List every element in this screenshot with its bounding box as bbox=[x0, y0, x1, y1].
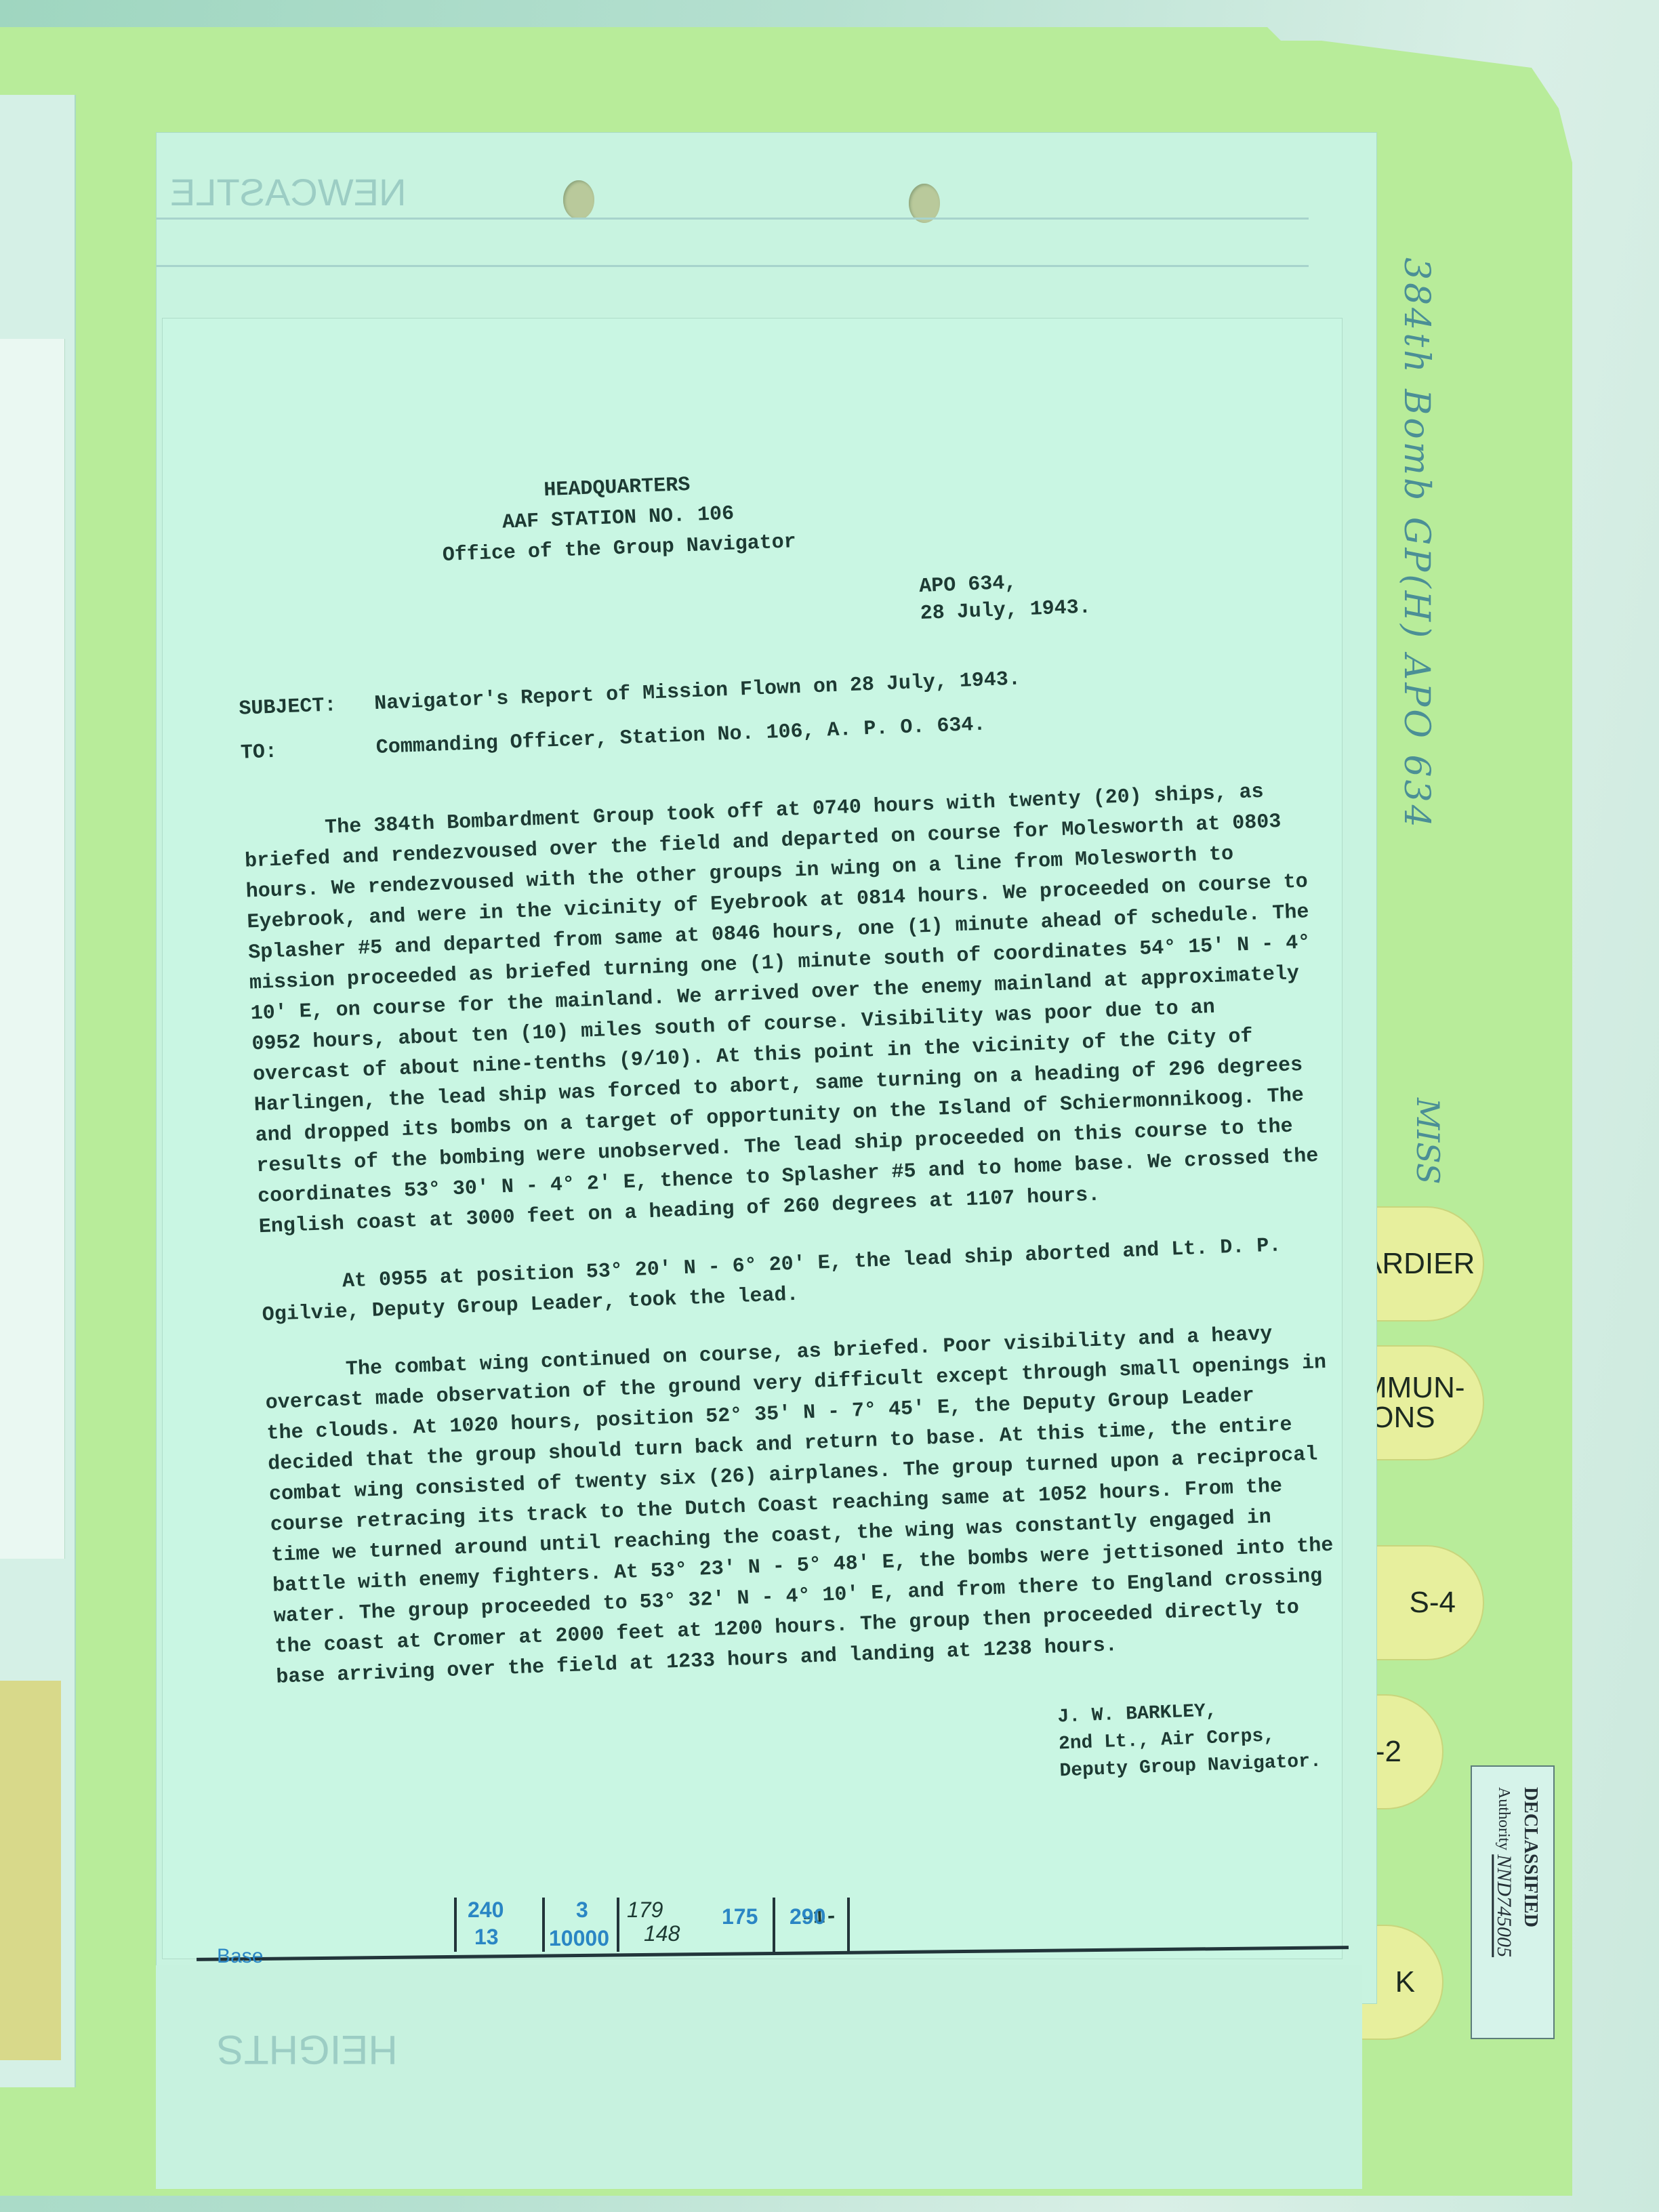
folder-handwritten-label: 384th Bomb GP(H) APO 634 bbox=[1396, 258, 1437, 830]
form-rule bbox=[157, 218, 1309, 220]
base-col4: 175 bbox=[722, 1904, 758, 1929]
to-label: TO: bbox=[240, 733, 377, 769]
left-tan-sheet bbox=[0, 1681, 61, 2060]
navigator-report-letter: HEADQUARTERS AAF STATION NO. 106 Office … bbox=[163, 319, 1342, 1959]
subject-text: Navigator's Report of Mission Flown on 2… bbox=[374, 664, 1021, 720]
report-paragraph-3: The combat wing continued on course, as … bbox=[264, 1317, 1347, 1693]
authority-label: Authority bbox=[1495, 1787, 1513, 1850]
authority-value: NND745005 bbox=[1493, 1854, 1515, 1957]
subject-label: SUBJECT: bbox=[239, 689, 375, 725]
base-col5: 290 bbox=[790, 1904, 825, 1929]
punch-hole bbox=[563, 180, 594, 220]
base-place: Base bbox=[217, 1945, 263, 1968]
flight-log-form-lower: HEIGHTS bbox=[156, 1965, 1362, 2189]
report-paragraph-2: At 0955 at position 53° 20' N - 6° 20' E… bbox=[260, 1229, 1332, 1331]
declassified-title: DECLASSIFIED bbox=[1519, 1787, 1541, 1927]
base-col3-bottom: 148 bbox=[644, 1921, 680, 1946]
form-col-divider bbox=[454, 1898, 457, 1952]
signature-block: J. W. BARKLEY, 2nd Lt., Air Corps, Deput… bbox=[1057, 1693, 1351, 1785]
form-col-divider bbox=[773, 1898, 775, 1952]
form-col-divider bbox=[847, 1898, 850, 1952]
base-col2-top: 3 bbox=[576, 1898, 588, 1923]
form-base-row: Base 240 13 3 10000 179 148 175 290 bbox=[197, 1898, 1349, 1965]
report-paragraph-1: The 384th Bombardment Group took off at … bbox=[243, 775, 1330, 1243]
form-rule bbox=[157, 265, 1309, 267]
letterhead: HEADQUARTERS AAF STATION NO. 106 Office … bbox=[407, 465, 830, 573]
form-bottom-title-mirrored: HEIGHTS bbox=[217, 2026, 398, 2073]
base-col3-top: 179 bbox=[627, 1898, 663, 1923]
base-col1-bottom: 13 bbox=[474, 1925, 499, 1950]
base-col1-top: 240 bbox=[468, 1898, 504, 1923]
date-block: APO 634, 28 July, 1943. bbox=[919, 558, 1307, 628]
base-col2-bottom: 10000 bbox=[549, 1926, 609, 1951]
form-col-divider bbox=[542, 1898, 545, 1952]
declassified-authority: Authority NND745005 bbox=[1492, 1787, 1515, 1957]
letter-body: HEADQUARTERS AAF STATION NO. 106 Office … bbox=[230, 447, 1357, 1954]
left-sheet-white bbox=[0, 339, 65, 1559]
form-col-divider bbox=[617, 1898, 619, 1952]
folder-handwritten-side-note: MISS bbox=[1410, 1098, 1446, 1185]
declassified-stamp: DECLASSIFIED Authority NND745005 bbox=[1471, 1765, 1555, 2039]
form-title-mirrored: NEWCASTLE bbox=[170, 170, 407, 214]
